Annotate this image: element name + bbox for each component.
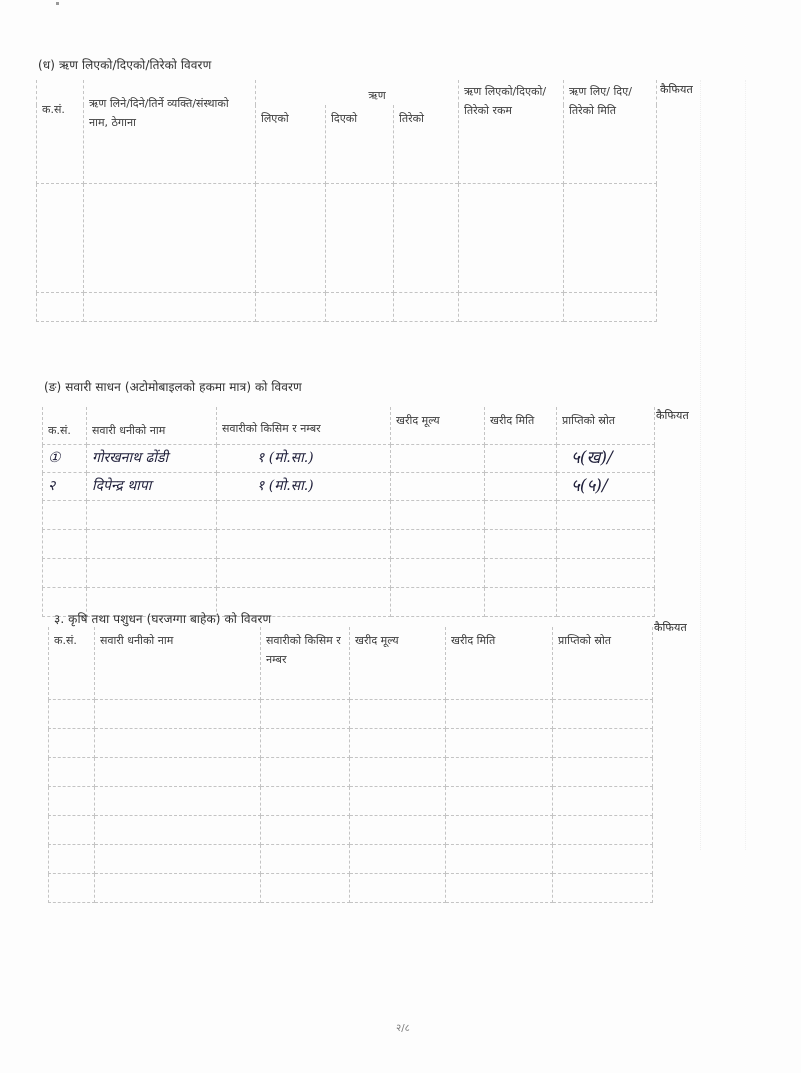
row-owner: गोरखनाथ ढोंडी (87, 445, 217, 473)
table-header-row: क.सं. सवारी धनीको नाम सवारीको किसिम र नम… (49, 627, 653, 700)
table-row (49, 758, 653, 787)
row-sn: २ (43, 473, 87, 501)
header-remarks: कैफियत (654, 620, 687, 635)
scan-speck (56, 2, 59, 5)
header-loan-group: ऋण (256, 80, 459, 105)
header-taken: लिएको (256, 105, 326, 184)
header-price: खरीद मूल्य (350, 627, 446, 700)
table-row: ① गोरखनाथ ढोंडी १ (मो.सा.) ५(ख)/ (43, 445, 655, 473)
header-owner: सवारी धनीको नाम (95, 627, 261, 700)
header-given: दिएको (326, 105, 394, 184)
agriculture-table: क.सं. सवारी धनीको नाम सवारीको किसिम र नम… (48, 627, 653, 903)
table-row (49, 729, 653, 758)
header-source: प्राप्तिको स्रोत (553, 627, 653, 700)
scanned-form-page: (ध) ऋण लिएको/दिएको/तिरेको विवरण क.सं. ऋण… (0, 0, 801, 1073)
header-source: प्राप्तिको स्रोत (557, 407, 655, 445)
header-purchase-date: खरीद मिति (485, 407, 557, 445)
header-purchase-date: खरीद मिति (446, 627, 553, 700)
header-type-number: सवारीको किसिम र नम्बर (217, 407, 391, 445)
section-title-vehicles: (ङ) सवारी साधन (अटोमोबाइलको हकमा मात्र) … (44, 378, 302, 395)
section-title-agriculture: ३. कृषि तथा पशुधन (घरजग्गा बाहेक) को विव… (54, 610, 271, 627)
header-date: ऋण लिए/ दिए/तिरेको मिति (564, 80, 657, 184)
table-row (37, 184, 657, 293)
table-row (49, 874, 653, 903)
header-sn: क.सं. (37, 80, 84, 184)
table-row (37, 293, 657, 322)
header-remarks: कैफियत (656, 408, 689, 423)
row-source: ५(५)/ (557, 473, 655, 501)
table-row (43, 559, 655, 588)
header-owner: सवारी धनीको नाम (87, 407, 217, 445)
table-row (49, 816, 653, 845)
vehicles-table: क.सं. सवारी धनीको नाम सवारीको किसिम र नम… (42, 407, 655, 617)
table-header-row: क.सं. सवारी धनीको नाम सवारीको किसिम र नम… (43, 407, 655, 445)
row-sn: ① (43, 445, 87, 473)
table-row: २ दिपेन्द्र थापा १ (मो.सा.) ५(५)/ (43, 473, 655, 501)
header-remarks: कैफियत (660, 82, 693, 97)
header-type-number: सवारीको किसिम र नम्बर (261, 627, 350, 700)
table-row (43, 501, 655, 530)
table-row (49, 845, 653, 874)
faint-margin-line (700, 80, 701, 850)
faint-margin-line (745, 80, 746, 850)
header-paid: तिरेको (394, 105, 459, 184)
table-row (49, 700, 653, 729)
header-name-address: ऋण लिने/दिने/तिर्ने व्यक्ति/संस्थाको नाम… (84, 80, 256, 184)
section-title-loans: (ध) ऋण लिएको/दिएको/तिरेको विवरण (38, 56, 211, 73)
header-amount: ऋण लिएको/दिएको/तिरेको रकम (459, 80, 564, 184)
table-header-row: क.सं. ऋण लिने/दिने/तिर्ने व्यक्ति/संस्था… (37, 80, 657, 105)
header-price: खरीद मूल्य (391, 407, 485, 445)
header-sn: क.सं. (49, 627, 95, 700)
table-row (49, 787, 653, 816)
header-sn: क.सं. (43, 407, 87, 445)
page-number: २/८ (396, 1020, 410, 1034)
row-owner: दिपेन्द्र थापा (87, 473, 217, 501)
row-type-number: १ (मो.सा.) (217, 473, 391, 501)
table-row (43, 530, 655, 559)
row-source: ५(ख)/ (557, 445, 655, 473)
loans-table: क.सं. ऋण लिने/दिने/तिर्ने व्यक्ति/संस्था… (36, 80, 657, 322)
row-type-number: १ (मो.सा.) (217, 445, 391, 473)
